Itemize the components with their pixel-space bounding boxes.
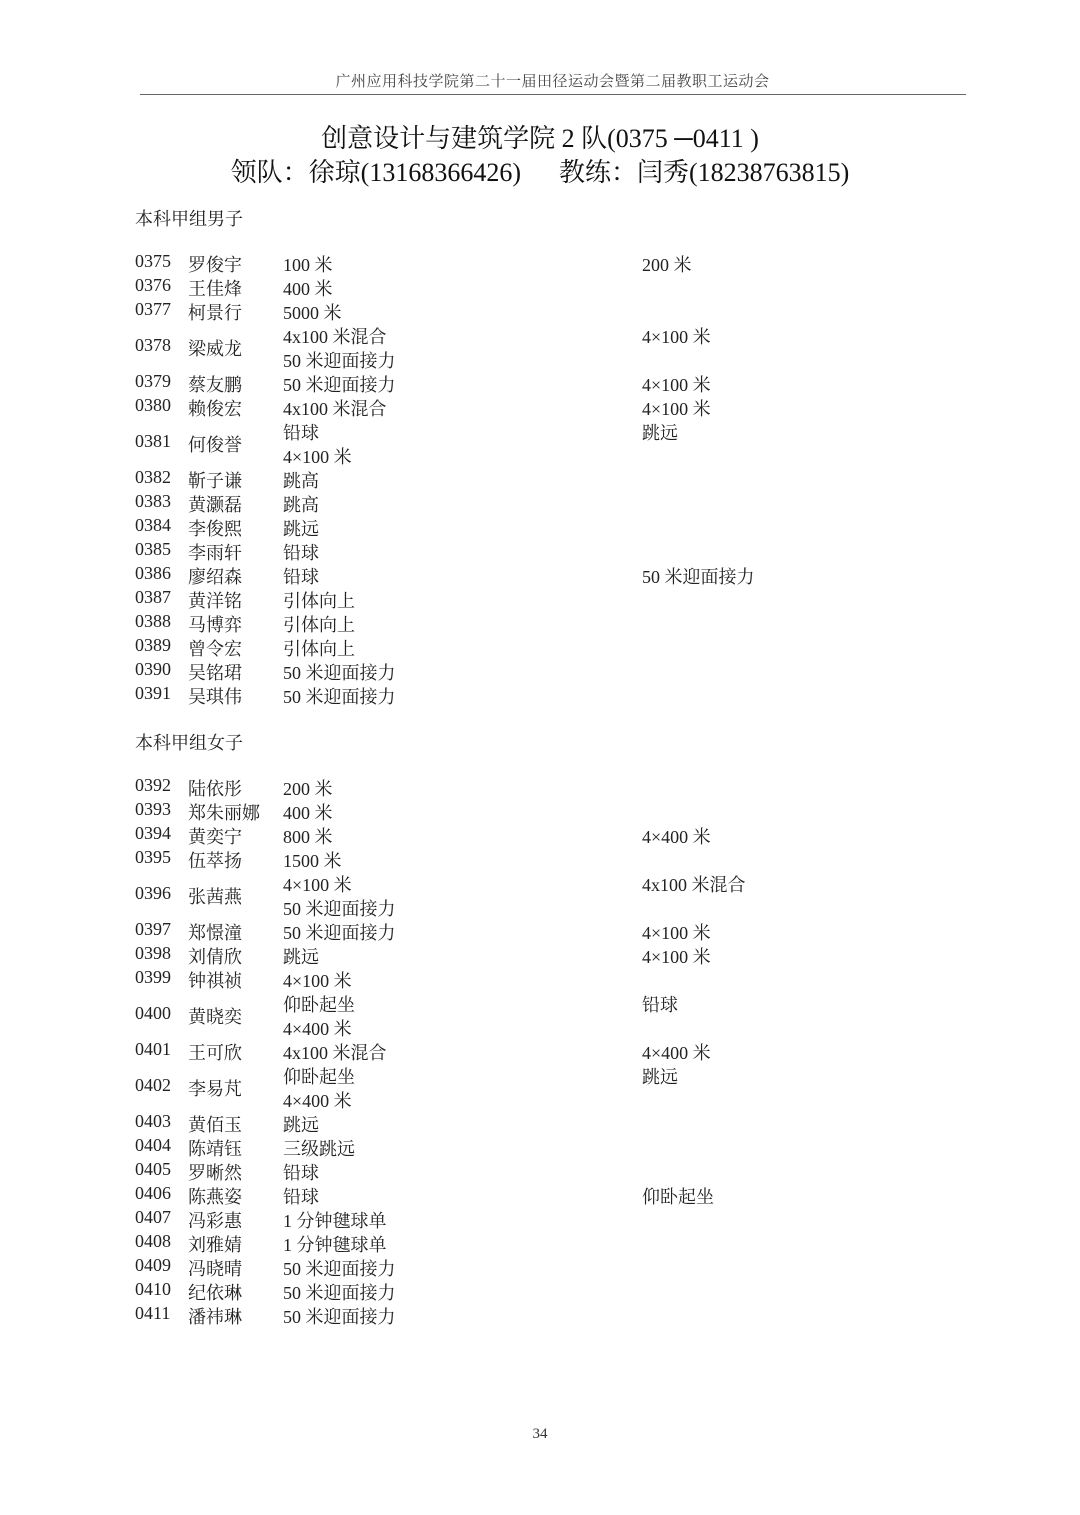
event-primary: 跳远	[283, 1111, 319, 1137]
athlete-row: 0379蔡友鹏50 米迎面接力4×100 米	[0, 371, 1080, 395]
athlete-row: 0405罗晰然铅球	[0, 1159, 1080, 1183]
event-primary: 仰卧起坐	[283, 1063, 355, 1089]
event-primary: 5000 米	[283, 299, 342, 325]
event-primary: 400 米	[283, 275, 333, 301]
event-primary: 4×100 米	[283, 871, 352, 897]
athlete-name: 柯景行	[188, 299, 242, 325]
event-primary: 铅球	[283, 419, 319, 445]
athlete-number: 0390	[135, 659, 171, 680]
event-secondary: 跳远	[642, 1063, 678, 1089]
athlete-name: 黄洋铭	[188, 587, 242, 613]
athlete-row: 0380赖俊宏4x100 米混合4×100 米	[0, 395, 1080, 419]
athlete-name: 王可欣	[188, 1039, 242, 1065]
athlete-number: 0386	[135, 563, 171, 584]
athlete-number: 0410	[135, 1279, 171, 1300]
event-primary: 50 米迎面接力	[283, 683, 396, 709]
athlete-number: 0401	[135, 1039, 171, 1060]
athlete-row: 0399钟祺祯4×100 米	[0, 967, 1080, 991]
athlete-row: 0411潘祎琳50 米迎面接力	[0, 1303, 1080, 1327]
athlete-number: 0396	[135, 883, 171, 904]
athlete-number: 0381	[135, 431, 171, 452]
event-primary: 引体向上	[283, 587, 355, 613]
athlete-number: 0397	[135, 919, 171, 940]
event-primary: 4x100 米混合	[283, 1039, 387, 1065]
event-primary: 三级跳远	[283, 1135, 355, 1161]
event-primary: 4×100 米	[283, 967, 352, 993]
athlete-name: 罗俊宇	[188, 251, 242, 277]
athlete-name: 李易芃	[188, 1075, 242, 1101]
athlete-number: 0383	[135, 491, 171, 512]
athlete-row: 0382靳子谦跳高	[0, 467, 1080, 491]
athlete-name: 马博弈	[188, 611, 242, 637]
event-primary: 跳高	[283, 467, 319, 493]
athlete-row: 0385李雨轩铅球	[0, 539, 1080, 563]
athlete-name: 罗晰然	[188, 1159, 242, 1185]
athlete-number: 0400	[135, 1003, 171, 1024]
event-primary: 铅球	[283, 1159, 319, 1185]
athlete-name: 黄灏磊	[188, 491, 242, 517]
athlete-name: 刘倩欣	[188, 943, 242, 969]
athlete-name: 黄佰玉	[188, 1111, 242, 1137]
athlete-name: 黄奕宁	[188, 823, 242, 849]
event-primary: 1 分钟毽球单	[283, 1231, 387, 1257]
athlete-number: 0398	[135, 943, 171, 964]
athlete-row: 0398刘倩欣跳远4×100 米	[0, 943, 1080, 967]
athlete-number: 0377	[135, 299, 171, 320]
event-primary: 400 米	[283, 799, 333, 825]
event-primary: 引体向上	[283, 611, 355, 637]
athlete-name: 曾令宏	[188, 635, 242, 661]
event-primary: 4x100 米混合	[283, 323, 387, 349]
athlete-number: 0395	[135, 847, 171, 868]
event-primary: 1 分钟毽球单	[283, 1207, 387, 1233]
athlete-number: 0411	[135, 1303, 170, 1324]
athlete-row: 0376王佳烽400 米	[0, 275, 1080, 299]
athlete-row: 0377柯景行5000 米	[0, 299, 1080, 323]
athlete-number: 0385	[135, 539, 171, 560]
athlete-name: 陈燕姿	[188, 1183, 242, 1209]
event-primary: 50 米迎面接力	[283, 895, 396, 921]
event-primary: 4×100 米	[283, 443, 352, 469]
event-primary: 50 米迎面接力	[283, 1303, 396, 1329]
athlete-name: 黄晓奕	[188, 1003, 242, 1029]
athlete-row: 0386廖绍森铅球50 米迎面接力	[0, 563, 1080, 587]
event-primary: 800 米	[283, 823, 333, 849]
event-secondary: 4×100 米	[642, 943, 711, 969]
team-coach: 教练：闫秀(18238763815)	[559, 158, 849, 187]
event-primary: 50 米迎面接力	[283, 1279, 396, 1305]
athlete-row: 0395伍萃扬1500 米	[0, 847, 1080, 871]
athlete-row: 0391吴琪伟50 米迎面接力	[0, 683, 1080, 707]
event-primary: 50 米迎面接力	[283, 919, 396, 945]
athlete-name: 何俊誉	[188, 431, 242, 457]
event-primary: 50 米迎面接力	[283, 659, 396, 685]
athlete-name: 蔡友鹏	[188, 371, 242, 397]
event-secondary: 200 米	[642, 251, 692, 277]
event-secondary: 4x100 米混合	[642, 871, 746, 897]
athlete-row: 0397郑憬潼50 米迎面接力4×100 米	[0, 919, 1080, 943]
athlete-name: 潘祎琳	[188, 1303, 242, 1329]
event-primary: 200 米	[283, 775, 333, 801]
event-secondary: 50 米迎面接力	[642, 563, 755, 589]
event-secondary: 仰卧起坐	[642, 1183, 714, 1209]
athlete-row: 0393郑朱丽娜400 米	[0, 799, 1080, 823]
athlete-row: 0396张茜燕4×100 米50 米迎面接力4x100 米混合	[0, 871, 1080, 919]
event-primary: 50 米迎面接力	[283, 371, 396, 397]
athlete-number: 0405	[135, 1159, 171, 1180]
athlete-name: 王佳烽	[188, 275, 242, 301]
athlete-name: 靳子谦	[188, 467, 242, 493]
athlete-name: 张茜燕	[188, 883, 242, 909]
running-header: 广州应用科技学院第二十一届田径运动会暨第二届教职工运动会	[140, 70, 965, 91]
event-secondary: 4×100 米	[642, 919, 711, 945]
athlete-name: 冯晓晴	[188, 1255, 242, 1281]
athlete-name: 赖俊宏	[188, 395, 242, 421]
event-secondary: 4×400 米	[642, 823, 711, 849]
athlete-number: 0392	[135, 775, 171, 796]
athlete-name: 伍萃扬	[188, 847, 242, 873]
athlete-number: 0389	[135, 635, 171, 656]
athlete-name: 郑憬潼	[188, 919, 242, 945]
event-primary: 4×400 米	[283, 1087, 352, 1113]
athlete-row: 0410纪依琳50 米迎面接力	[0, 1279, 1080, 1303]
athlete-name: 陈靖钰	[188, 1135, 242, 1161]
athlete-number: 0375	[135, 251, 171, 272]
athlete-number: 0403	[135, 1111, 171, 1132]
athlete-number: 0402	[135, 1075, 171, 1096]
section-heading: 本科甲组男子	[135, 205, 243, 231]
athlete-row: 0383黄灏磊跳高	[0, 491, 1080, 515]
athlete-number: 0387	[135, 587, 171, 608]
athlete-row: 0408刘雅婧1 分钟毽球单	[0, 1231, 1080, 1255]
athlete-name: 郑朱丽娜	[188, 799, 260, 825]
event-secondary: 4×100 米	[642, 395, 711, 421]
event-primary: 铅球	[283, 539, 319, 565]
athlete-name: 廖绍森	[188, 563, 242, 589]
athlete-row: 0392陆依彤200 米	[0, 775, 1080, 799]
event-primary: 4×400 米	[283, 1015, 352, 1041]
athlete-number: 0391	[135, 683, 171, 704]
page-title: 创意设计与建筑学院 2 队(0375 ─0411 )	[0, 118, 1080, 155]
athlete-number: 0384	[135, 515, 171, 536]
athlete-number: 0399	[135, 967, 171, 988]
team-contacts: 领队：徐琼(13168366426)教练：闫秀(18238763815)	[0, 152, 1080, 189]
event-primary: 100 米	[283, 251, 333, 277]
event-primary: 跳远	[283, 943, 319, 969]
athlete-row: 0404陈靖钰三级跳远	[0, 1135, 1080, 1159]
athlete-row: 0387黄洋铭引体向上	[0, 587, 1080, 611]
athlete-row: 0388马博弈引体向上	[0, 611, 1080, 635]
event-secondary: 4×400 米	[642, 1039, 711, 1065]
athlete-name: 冯彩惠	[188, 1207, 242, 1233]
athlete-row: 0381何俊誉铅球4×100 米跳远	[0, 419, 1080, 467]
athlete-number: 0380	[135, 395, 171, 416]
athlete-row: 0402李易芃仰卧起坐4×400 米跳远	[0, 1063, 1080, 1111]
team-leader: 领队：徐琼(13168366426)	[231, 158, 521, 187]
athlete-name: 陆依彤	[188, 775, 242, 801]
athlete-row: 0378梁威龙4x100 米混合50 米迎面接力4×100 米	[0, 323, 1080, 371]
event-primary: 铅球	[283, 1183, 319, 1209]
event-primary: 仰卧起坐	[283, 991, 355, 1017]
athlete-row: 0401王可欣4x100 米混合4×400 米	[0, 1039, 1080, 1063]
athlete-number: 0408	[135, 1231, 171, 1252]
athlete-number: 0406	[135, 1183, 171, 1204]
athlete-row: 0390吴铭珺50 米迎面接力	[0, 659, 1080, 683]
athlete-number: 0378	[135, 335, 171, 356]
athlete-name: 李雨轩	[188, 539, 242, 565]
event-primary: 引体向上	[283, 635, 355, 661]
athlete-number: 0388	[135, 611, 171, 632]
section-heading: 本科甲组女子	[135, 729, 243, 755]
athlete-number: 0394	[135, 823, 171, 844]
athlete-name: 李俊熙	[188, 515, 242, 541]
event-primary: 4x100 米混合	[283, 395, 387, 421]
header-divider	[140, 94, 966, 95]
athlete-row: 0389曾令宏引体向上	[0, 635, 1080, 659]
athlete-row: 0394黄奕宁800 米4×400 米	[0, 823, 1080, 847]
event-primary: 跳高	[283, 491, 319, 517]
event-primary: 铅球	[283, 563, 319, 589]
event-primary: 跳远	[283, 515, 319, 541]
event-secondary: 4×100 米	[642, 371, 711, 397]
athlete-number: 0393	[135, 799, 171, 820]
athlete-name: 纪依琳	[188, 1279, 242, 1305]
athlete-row: 0406陈燕姿铅球仰卧起坐	[0, 1183, 1080, 1207]
athlete-number: 0379	[135, 371, 171, 392]
athlete-name: 刘雅婧	[188, 1231, 242, 1257]
athlete-row: 0384李俊熙跳远	[0, 515, 1080, 539]
athlete-row: 0407冯彩惠1 分钟毽球单	[0, 1207, 1080, 1231]
athlete-name: 梁威龙	[188, 335, 242, 361]
event-secondary: 4×100 米	[642, 323, 711, 349]
athlete-name: 吴琪伟	[188, 683, 242, 709]
athlete-number: 0382	[135, 467, 171, 488]
athlete-row: 0409冯晓晴50 米迎面接力	[0, 1255, 1080, 1279]
event-secondary: 跳远	[642, 419, 678, 445]
athlete-name: 吴铭珺	[188, 659, 242, 685]
athlete-number: 0409	[135, 1255, 171, 1276]
event-primary: 1500 米	[283, 847, 342, 873]
event-primary: 50 米迎面接力	[283, 347, 396, 373]
event-secondary: 铅球	[642, 991, 678, 1017]
page-number: 34	[0, 1426, 1080, 1443]
athlete-row: 0375罗俊宇100 米200 米	[0, 251, 1080, 275]
athlete-number: 0376	[135, 275, 171, 296]
event-primary: 50 米迎面接力	[283, 1255, 396, 1281]
athlete-number: 0407	[135, 1207, 171, 1228]
athlete-name: 钟祺祯	[188, 967, 242, 993]
athlete-number: 0404	[135, 1135, 171, 1156]
athlete-row: 0400黄晓奕仰卧起坐4×400 米铅球	[0, 991, 1080, 1039]
athlete-row: 0403黄佰玉跳远	[0, 1111, 1080, 1135]
